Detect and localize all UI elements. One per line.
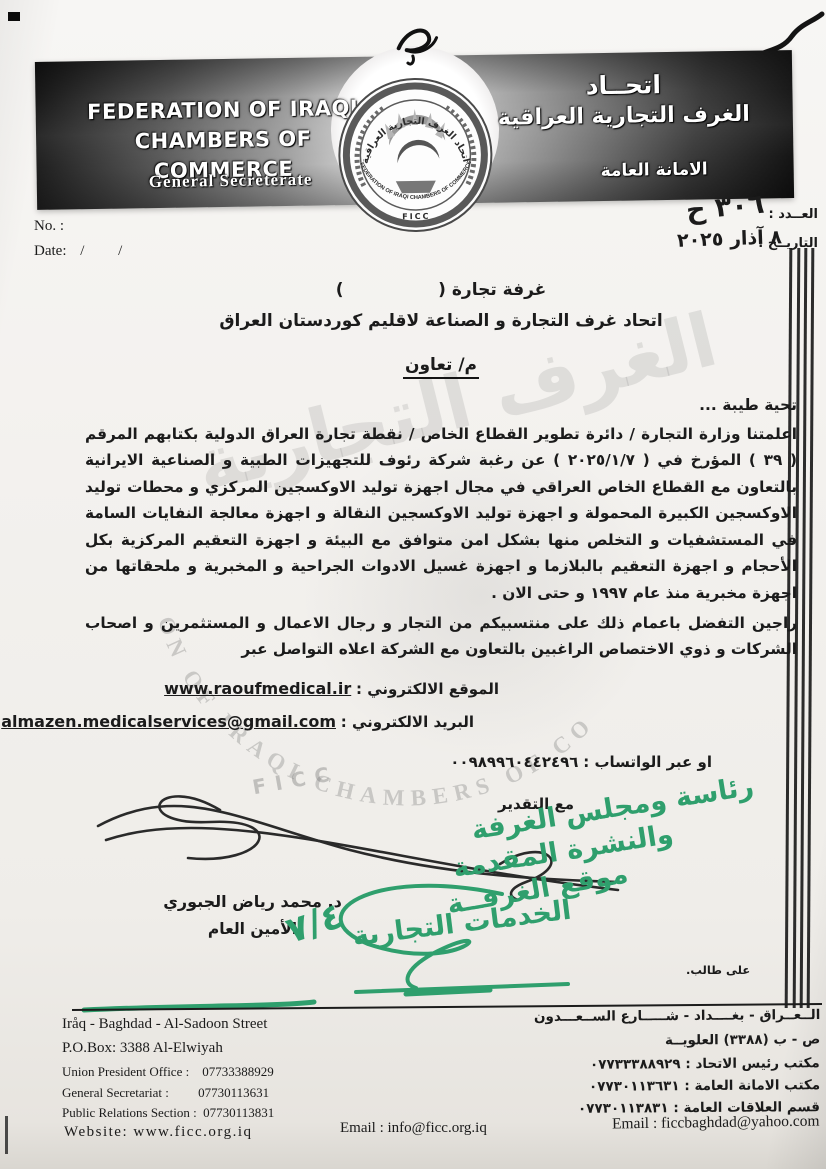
footer-email-right[interactable]: Email : ficcbaghdad@yahoo.com <box>612 1113 820 1134</box>
dept-arabic: الامانة العامة <box>600 159 707 181</box>
email-row: البريد الالكتروني : almazen.medicalservi… <box>1 712 474 731</box>
body-paragraph-2: راجين التفضل باعمام ذلك على منتسبيكم من … <box>85 610 797 663</box>
recipient-line1: غرفة تجارة ( ) <box>85 280 797 300</box>
org-name-arabic: اتحــاد الغرف التجارية العراقية <box>488 69 759 131</box>
subject-line: م/ تعاون <box>85 355 797 375</box>
ficc-logo: اتحاد الغرف التجارية العراقية FEDERATION… <box>328 21 501 244</box>
footer-email-center[interactable]: Email : info@ficc.org.iq <box>340 1120 487 1137</box>
scan-fold-line <box>807 248 814 1008</box>
greeting: تحية طيبة ... <box>85 396 797 414</box>
footer-phone-secretariat: General Secretariat : 07730113631 <box>62 1085 269 1101</box>
footer-address-en-2: P.O.Box: 3388 Al-Elwiyah <box>62 1040 223 1057</box>
org-name-arabic-line1: اتحــاد <box>488 69 758 102</box>
date-slashes: / / <box>80 243 122 259</box>
date-label-text: Date: <box>34 243 66 259</box>
website-label: الموقع الالكتروني : <box>356 680 499 698</box>
ref-date-label-en: Date: / / <box>34 243 122 260</box>
scan-mark-top-left <box>8 12 20 21</box>
subject-text: م/ تعاون <box>403 355 479 379</box>
scanned-letter-page: الغرف التجارية ON OF IRAQI CHAMBERS OF C… <box>0 0 826 1169</box>
footer-website[interactable]: Website: www.ficc.org.iq <box>64 1124 253 1141</box>
svg-text:FICC: FICC <box>402 212 430 221</box>
small-routing-note: على طالب. <box>686 963 750 977</box>
footer-phone-ar-president: مكتب رئيس الاتحاد : ٠٧٧٣٣٣٨٨٩٢٩ <box>590 1055 820 1073</box>
scan-fold-line <box>800 248 807 1008</box>
recipient-line2: اتحاد غرف التجارة و الصناعة لاقليم كوردس… <box>85 311 797 331</box>
ref-date-value-handwritten: ٨ آذار ٢٠٢٥ <box>677 226 783 252</box>
footer-phone-public-relations: Public Relations Section : 07730113831 <box>62 1105 274 1121</box>
letterhead-band: FEDERATION OF IRAQI CHAMBERS OF COMMERCE… <box>35 50 794 210</box>
ref-no-value-handwritten: ٣٠٦ ح <box>684 189 765 227</box>
footer-address-ar-2: ص - ب (٣٣٨٨) العلويــة <box>665 1031 820 1048</box>
scan-mark-bottom-left <box>5 1116 8 1154</box>
org-name-arabic-line2: الغرف التجارية العراقية <box>489 102 759 131</box>
email-label: البريد الالكتروني : <box>341 713 474 731</box>
body-paragraph-1: اعلمتنا وزارة التجارة / دائرة تطوير القط… <box>85 421 797 606</box>
website-link[interactable]: www.raoufmedical.ir <box>164 679 351 698</box>
footer-phone-ar-secretariat: مكتب الامانة العامة : ٠٧٧٣٠١١٣٦٣١ <box>589 1077 820 1095</box>
email-link[interactable]: almazen.medicalservices@gmail.com <box>1 712 336 731</box>
footer-address-en-1: Iråq - Baghdad - Al-Sadoon Street <box>62 1016 267 1033</box>
ficc-seal-icon: اتحاد الغرف التجارية العراقية FEDERATION… <box>328 21 501 240</box>
footer-phone-president: Union President Office : 07733388929 <box>62 1064 274 1080</box>
dept-english: General Secreterate <box>149 170 313 193</box>
ref-no-label-en: No. : <box>34 218 64 235</box>
ref-no-label-ar: العــدد : <box>769 207 818 222</box>
website-row: الموقع الالكتروني : www.raoufmedical.ir <box>164 679 499 698</box>
green-signature-flourish <box>70 858 630 1028</box>
footer-address-ar-1: الــعــراق - بغــــداد - شـــــارع الســ… <box>534 1007 820 1025</box>
